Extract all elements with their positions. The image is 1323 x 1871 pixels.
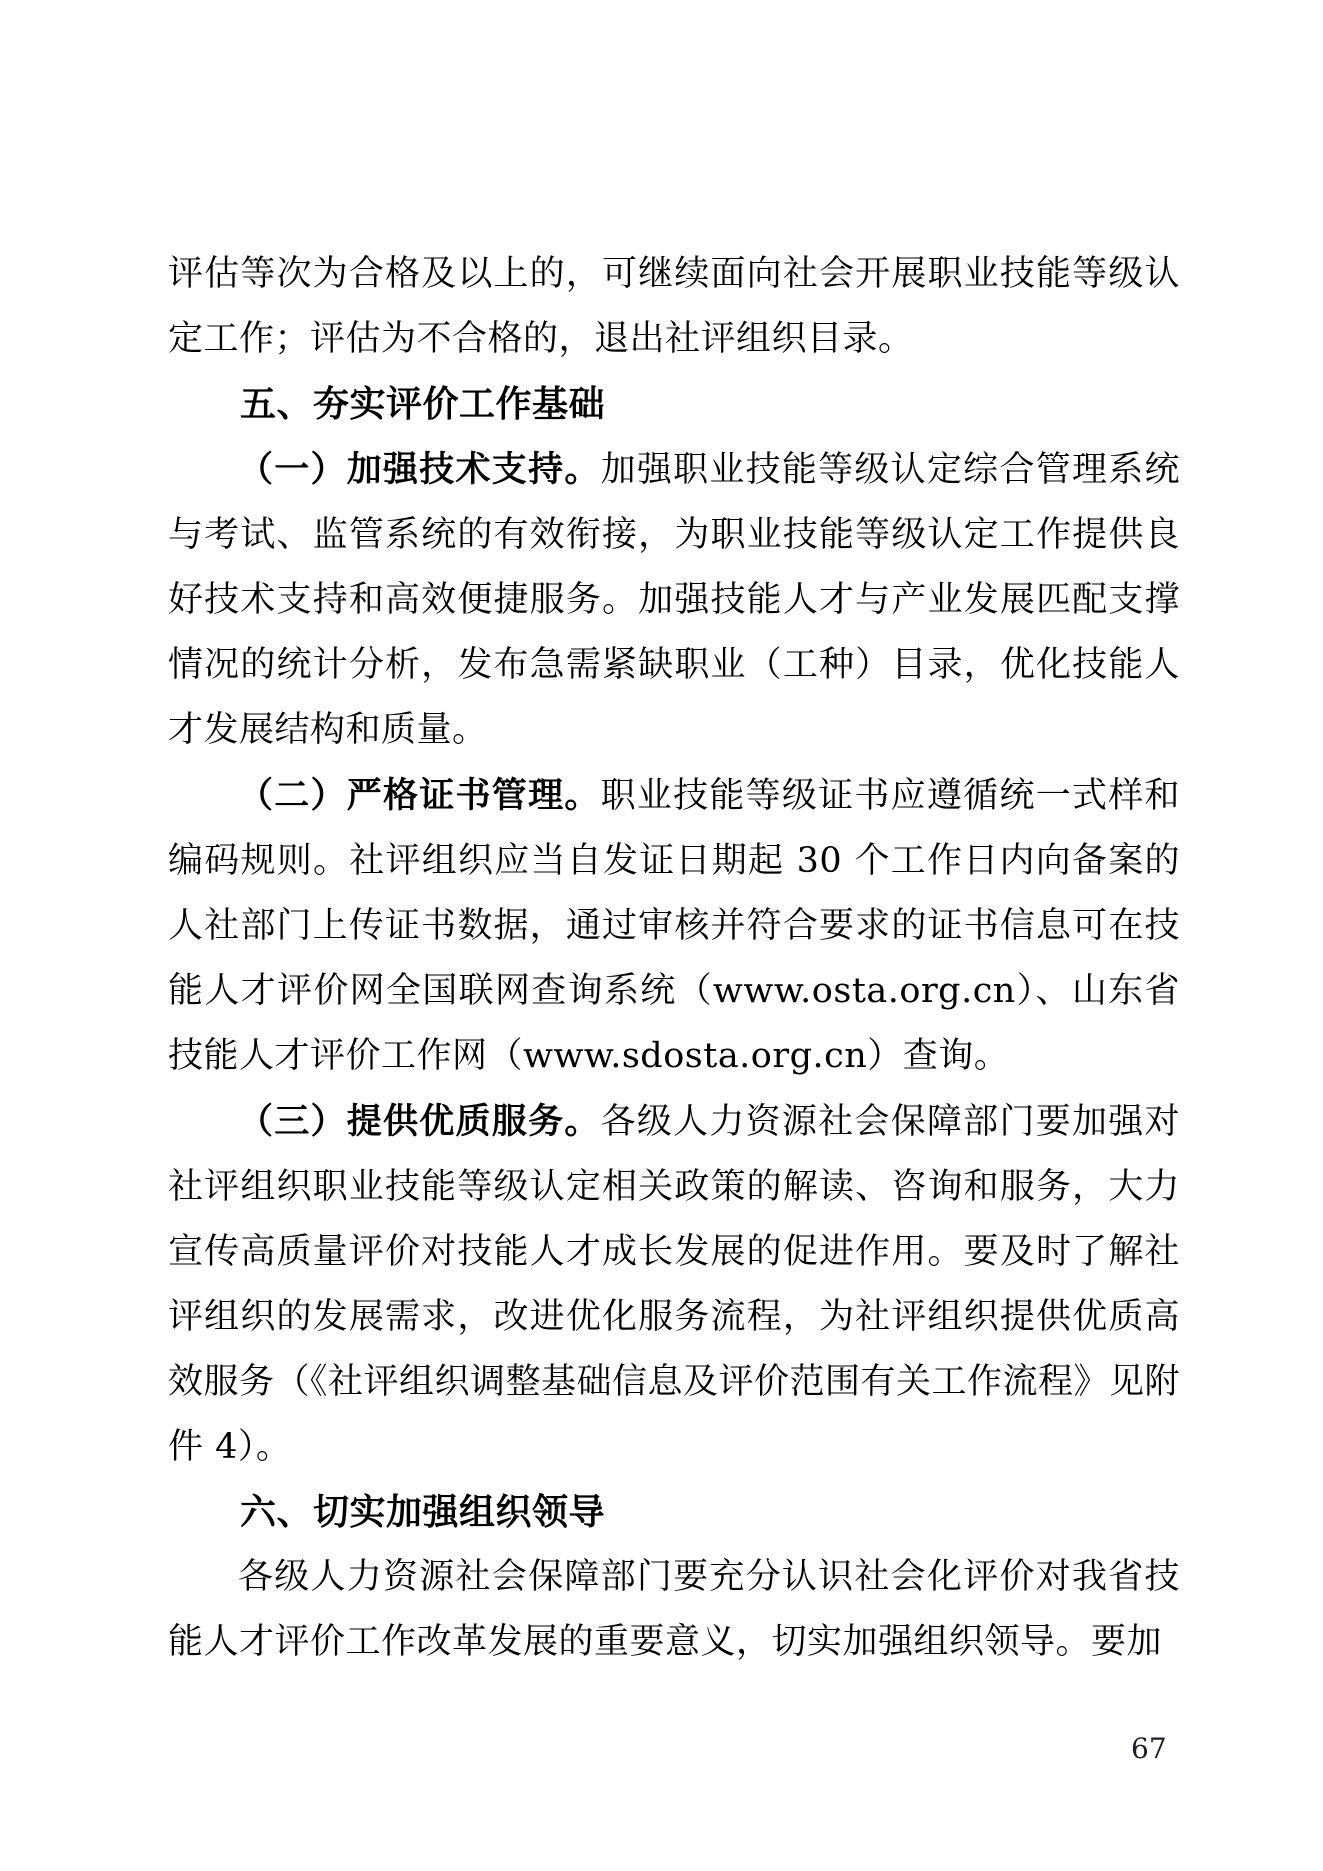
document-body: 评估等次为合格及以上的，可继续面向社会开展职业技能等级认定工作；评估为不合格的，…: [168, 242, 1180, 1675]
item-one-body: 加强职业技能等级认定综合管理系统与考试、监管系统的有效衔接，为职业技能等级认定工…: [168, 450, 1180, 750]
section-heading-five: 五、夯实评价工作基础: [168, 372, 1180, 437]
document-page: 评估等次为合格及以上的，可继续面向社会开展职业技能等级认定工作；评估为不合格的，…: [0, 0, 1323, 1871]
section-heading-six: 六、切实加强组织领导: [168, 1480, 1180, 1545]
item-three-lead: （三）提供优质服务。: [238, 1101, 601, 1142]
paragraph-closing: 各级人力资源社会保障部门要充分认识社会化评价对我省技能人才评价工作改革发展的重要…: [168, 1545, 1180, 1675]
item-two-lead: （二）严格证书管理。: [238, 775, 601, 816]
item-one-lead: （一）加强技术支持。: [238, 449, 601, 490]
paragraph-intro-continuation: 评估等次为合格及以上的，可继续面向社会开展职业技能等级认定工作；评估为不合格的，…: [168, 242, 1180, 372]
paragraph-item-two: （二）严格证书管理。职业技能等级证书应遵循统一式样和编码规则。社评组织应当自发证…: [168, 763, 1180, 1089]
paragraph-item-one: （一）加强技术支持。加强职业技能等级认定综合管理系统与考试、监管系统的有效衔接，…: [168, 437, 1180, 763]
item-three-body: 各级人力资源社会保障部门要加强对社评组织职业技能等级认定相关政策的解读、咨询和服…: [168, 1102, 1180, 1467]
paragraph-item-three: （三）提供优质服务。各级人力资源社会保障部门要加强对社评组织职业技能等级认定相关…: [168, 1089, 1180, 1480]
item-two-body: 职业技能等级证书应遵循统一式样和编码规则。社评组织应当自发证日期起 30 个工作…: [168, 776, 1180, 1076]
page-number: 67: [1131, 1733, 1167, 1765]
